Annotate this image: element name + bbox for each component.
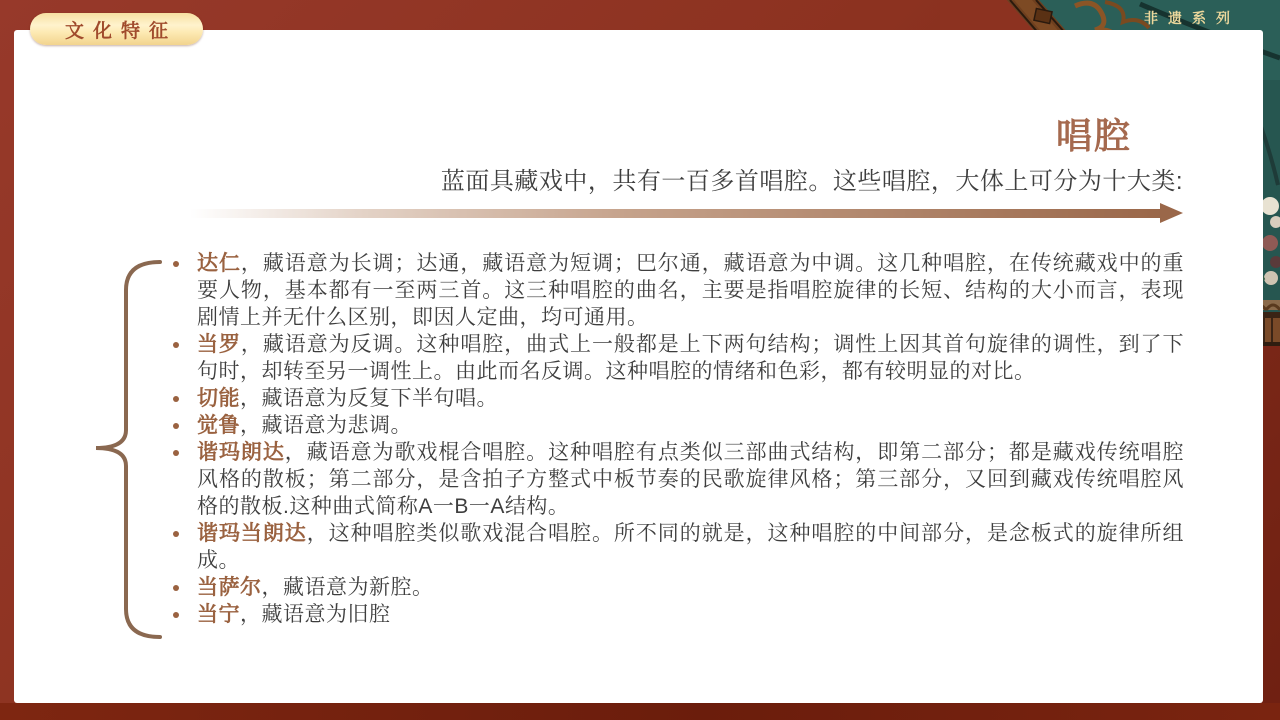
bullet-icon bbox=[173, 342, 179, 348]
bullet-icon bbox=[173, 423, 179, 429]
chant-description: ，藏语意为反调。这种唱腔，曲式上一般都是上下两句结构；调性上因其首句旋律的调性，… bbox=[197, 333, 1184, 383]
slide: 文化特征 非遗系列 唱腔 蓝面具藏戏中，共有一百多首唱腔。这些唱腔，大体上可分为… bbox=[0, 0, 1280, 720]
list-item: 当宁，藏语意为旧腔 bbox=[163, 601, 1184, 628]
chant-description: ，这种唱腔类似歌戏混合唱腔。所不同的就是，这种唱腔的中间部分，是念板式的旋律所组… bbox=[197, 522, 1184, 572]
bottom-border-bar bbox=[0, 703, 1280, 720]
bullet-icon bbox=[173, 450, 179, 456]
brace-decoration bbox=[88, 254, 168, 646]
page-title: 唱腔 bbox=[1056, 108, 1132, 159]
bullet-icon bbox=[173, 531, 179, 537]
chant-term: 觉鲁 bbox=[197, 414, 240, 437]
list-item: 切能，藏语意为反复下半句唱。 bbox=[163, 385, 1184, 412]
chant-term: 当萨尔 bbox=[197, 576, 262, 599]
list-item: 达仁，藏语意为长调；达通，藏语意为短调；巴尔通，藏语意为中调。这几种唱腔，在传统… bbox=[163, 250, 1184, 331]
chant-description: ，藏语意为反复下半句唱。 bbox=[240, 387, 498, 410]
list-item: 当罗，藏语意为反调。这种唱腔，曲式上一般都是上下两句结构；调性上因其首句旋律的调… bbox=[163, 331, 1184, 385]
series-label: 非遗系列 bbox=[1134, 8, 1240, 28]
bullet-icon bbox=[173, 261, 179, 267]
list-item: 当萨尔，藏语意为新腔。 bbox=[163, 574, 1184, 601]
list-item: 谐玛当朗达，这种唱腔类似歌戏混合唱腔。所不同的就是，这种唱腔的中间部分，是念板式… bbox=[163, 520, 1184, 574]
divider-arrow bbox=[190, 201, 1185, 225]
bullet-icon bbox=[173, 612, 179, 618]
chant-description: ，藏语意为长调；达通，藏语意为短调；巴尔通，藏语意为中调。这几种唱腔，在传统藏戏… bbox=[197, 252, 1184, 329]
divider-bar bbox=[190, 209, 1162, 218]
section-badge: 文化特征 bbox=[30, 13, 203, 45]
arrow-right-icon bbox=[1160, 203, 1183, 223]
chant-description: ，藏语意为旧腔 bbox=[240, 603, 391, 626]
list-item: 谐玛朗达，藏语意为歌戏棍合唱腔。这种唱腔有点类似三部曲式结构，即第二部分；都是藏… bbox=[163, 439, 1184, 520]
list-item: 觉鲁，藏语意为悲调。 bbox=[163, 412, 1184, 439]
section-badge-label: 文化特征 bbox=[56, 16, 177, 43]
bullet-icon bbox=[173, 585, 179, 591]
chant-term: 当罗 bbox=[197, 333, 241, 356]
chant-term: 当宁 bbox=[197, 603, 240, 626]
chant-term: 切能 bbox=[197, 387, 240, 410]
chant-term: 谐玛当朗达 bbox=[197, 522, 307, 545]
bullet-icon bbox=[173, 396, 179, 402]
chant-term: 谐玛朗达 bbox=[197, 441, 285, 464]
chant-description: ，藏语意为歌戏棍合唱腔。这种唱腔有点类似三部曲式结构，即第二部分；都是藏戏传统唱… bbox=[197, 441, 1184, 518]
chant-term: 达仁 bbox=[197, 252, 241, 275]
chant-description: ，藏语意为新腔。 bbox=[262, 576, 434, 599]
chant-description: ，藏语意为悲调。 bbox=[240, 414, 412, 437]
subtitle: 蓝面具藏戏中，共有一百多首唱腔。这些唱腔，大体上可分为十大类: bbox=[441, 161, 1183, 196]
chant-type-list: 达仁，藏语意为长调；达通，藏语意为短调；巴尔通，藏语意为中调。这几种唱腔，在传统… bbox=[163, 250, 1184, 628]
